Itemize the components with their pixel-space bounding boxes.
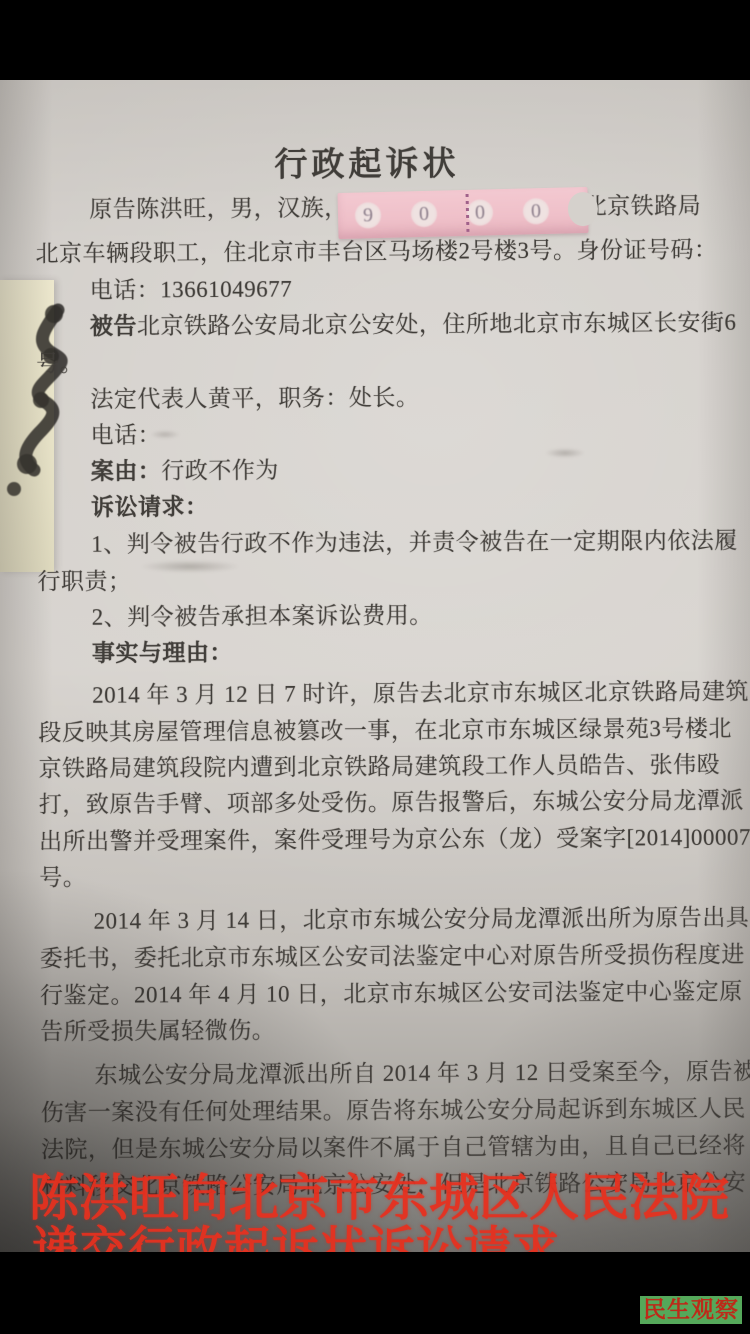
doc-line: 打，致原告手臂、项部多处受伤。原告报警后，东城公安分局龙潭派: [39, 789, 744, 816]
doc-line: 出所出警并受理案件，案件受理号为京公东（龙）受案字[2014]000071: [39, 826, 750, 853]
doc-line-rest: 北京铁路公安局北京公安处，住所地北京市东城区长安街6: [137, 310, 737, 339]
doc-line: 北京车辆段职工，住北京市丰台区马场楼2号楼3号。身份证号码：: [35, 238, 717, 265]
tape-dotted-mark: [466, 194, 470, 232]
photo-frame: 行政起诉状 原告陈洪旺，男，汉族，北京铁路局 北京车辆段职工，住北京市丰台区马场…: [0, 0, 750, 1334]
plaintiff-line-prefix: 原告陈洪旺，男，汉族，: [89, 195, 348, 222]
doc-heading-facts: 事实与理由：: [92, 641, 233, 665]
tape-hole: 0: [411, 201, 438, 228]
doc-line-claim2: 2、判令被告承担本案诉讼费用。: [92, 604, 433, 629]
doc-line: 东城公安分局龙潭派出所自 2014 年 3 月 12 日受案至今，原告被: [94, 1060, 750, 1087]
doc-line: 法院，但是东城公安分局以案件不属于自己管辖为由，且自己已经将: [41, 1134, 746, 1161]
handwriting-smudge: [140, 560, 240, 573]
doc-heading-claims: 诉讼请求：: [91, 495, 209, 519]
watermark-badge: 民生观察: [640, 1296, 742, 1324]
doc-line: 段反映其房屋管理信息被篡改一事，在北京市东城区绿景苑3号楼北: [38, 717, 732, 744]
doc-line: 号。: [36, 352, 83, 375]
tape-hole: 0: [523, 198, 550, 225]
handwriting-smudge: [545, 448, 585, 458]
doc-line: 京铁路局建筑段院内遭到北京铁路局建筑段工作人员皓告、张伟殴: [39, 753, 721, 780]
doc-line: 2014 年 3 月 12 日 7 时许，原告去北京市东城区北京铁路局建筑: [92, 680, 749, 707]
doc-line: 行鉴定。2014 年 4 月 10 日，北京市东城区公安司法鉴定中心鉴定原: [40, 980, 743, 1007]
doc-line-bold: 事实与理由：: [92, 640, 233, 666]
doc-line: 2014 年 3 月 14 日，北京市东城公安分局龙潭派出所为原告出具: [93, 906, 749, 933]
paper-photo: 行政起诉状 原告陈洪旺，男，汉族，北京铁路局 北京车辆段职工，住北京市丰台区马场…: [0, 80, 750, 1252]
doc-line: 委托书，委托北京市东城区公安司法鉴定中心对原告所受损伤程度进: [40, 943, 745, 970]
doc-line-rest: 行政不作为: [161, 458, 279, 484]
doc-line: 行职责；: [37, 569, 131, 593]
doc-line: 告所受损失属轻微伤。: [40, 1019, 275, 1043]
doc-line-bold: 案由：: [91, 458, 162, 483]
doc-line-legal-rep: 法定代表人黄平，职务：处长。: [90, 386, 419, 411]
document-title: 行政起诉状: [0, 136, 737, 188]
plaintiff-line-suffix: 北京铁路局: [584, 193, 702, 219]
top-letterbox-bar: [0, 0, 750, 80]
doc-line-cause: 案由：行政不作为: [91, 459, 279, 483]
document-text-layer: 行政起诉状 原告陈洪旺，男，汉族，北京铁路局 北京车辆段职工，住北京市丰台区马场…: [0, 80, 750, 1252]
tape-hole: 0: [467, 199, 494, 226]
bottom-letterbox-bar: 民生观察: [0, 1252, 750, 1334]
doc-line-defendant: 被告北京铁路公安局北京公安处，住所地北京市东城区长安街6: [90, 311, 737, 338]
handwriting-smudge: [150, 430, 180, 439]
doc-line-bold: 被告: [90, 313, 137, 338]
pink-redaction-tape: 9 0 0 0: [337, 187, 588, 239]
red-overlay-caption-line2: 递交行政起诉状诉讼请求。: [32, 1212, 608, 1252]
doc-line: 号。: [39, 866, 86, 889]
doc-line-claim1: 1、判令被告行政不作为违法，并责令被告在一定期限内依法履: [91, 529, 738, 556]
doc-line: 伤害一案没有任何处理结果。原告将东城公安分局起诉到东城区人民: [41, 1097, 746, 1124]
doc-line-phone: 电话：13661049677: [90, 277, 293, 301]
tape-hole: 9: [355, 202, 382, 229]
doc-line-bold: 诉讼请求：: [91, 494, 209, 520]
